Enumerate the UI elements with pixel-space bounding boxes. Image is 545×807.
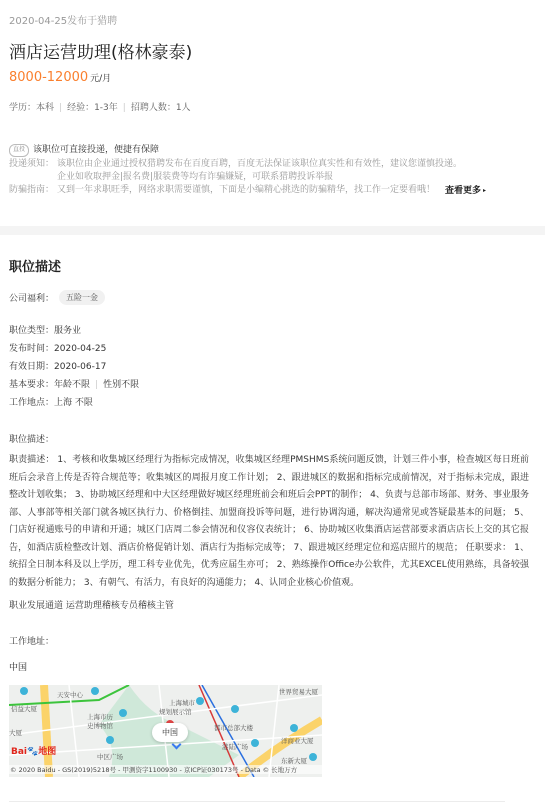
paw-icon: 🐾 [27,747,38,757]
map-label: 港陆广场 [222,742,248,751]
job-title: 酒店运营助理(格林豪泰) [9,38,192,63]
salary-range: 8000-12000 [9,70,88,85]
job-requirements: 学历：本科|经验：1-3年|招聘人数：1人 [9,100,191,113]
salary: 8000-12000元/月 [9,70,111,85]
fraud-text: 又到一年求职旺季，网络求职需要谨慎，下面是小编精心挑选的防骗精华，找工作一定要看… [57,184,435,198]
direct-apply-badge: 直投 [9,144,29,157]
map-copyright: © 2020 Baidu - GS(2019)5218号 - 甲测资字11009… [9,765,322,774]
map-label: 上海城市 [169,698,195,707]
experience-req: 经验：1-3年 [67,103,118,113]
divider: | [95,380,98,390]
description-label: 职位描述： [9,432,54,445]
address-label: 工作地址： [9,634,54,647]
map-label: 天安中心 [57,690,83,699]
bottom-divider [9,801,505,802]
address-value: 中国 [9,660,27,673]
delivery-notice-row: 投递须知： 该职位由企业通过授权猎聘发布在百度百聘，百度无法保证该职位真实性和有… [9,158,486,171]
career-path: 职业发展通道 运营助理稽核专员稽核主管 [9,598,174,611]
map-label: 史博物馆 [87,721,113,730]
delivery-text-1: 该职位由企业通过授权猎聘发布在百度百聘，百度无法保证该职位真实性和有效性，建议您… [57,158,462,171]
benefits-label: 公司福利： [9,291,54,304]
location-map[interactable]: 天安中心 上海城市 规划展示馆 上海市历 史博物馆 都市总部大楼 港陆广场 中区… [9,685,322,777]
publish-info: 2020-04-25发布于猎聘 [9,12,117,27]
fraud-label: 防骗指南： [9,184,57,198]
direct-apply-row: 直投该职位可直接投递，便捷有保障 [9,144,486,157]
divider: | [59,103,62,113]
map-label: 上海市历 [87,712,113,721]
caret-right-icon: ▸ [483,187,486,194]
fraud-guide-row: 防骗指南： 又到一年求职旺季，网络求职需要谨慎，下面是小编精心挑选的防骗精华，找… [9,184,486,198]
map-label: 大厦 [9,728,22,737]
description-text: 职责描述： 1、考核和收集城区经理行为指标完成情况，收集城区经理PMSHMS系统… [9,452,529,592]
delivery-text-2: 企业如收取押金|报名费|服装费等均有诈骗嫌疑，可联系猎聘投诉举报 [57,171,333,184]
baidu-map-logo: Bai🐾地图 [11,744,56,757]
education-req: 学历：本科 [9,103,54,113]
map-pin-label[interactable]: 中国 [152,723,188,742]
info-row-location: 工作地点：上海 不限 [9,394,139,412]
headcount-req: 招聘人数：1人 [131,103,191,113]
delivery-notice-row-2: 企业如收取押金|报名费|服装费等均有诈骗嫌疑，可联系猎聘投诉举报 [9,171,486,184]
benefit-tag: 五险一金 [59,290,105,305]
map-label: 信益大厦 [11,704,37,713]
map-label: 规划展示馆 [159,707,192,716]
info-row-publish-date: 发布时间：2020-04-25 [9,340,139,358]
info-row-job-type: 职位类型：服务业 [9,322,139,340]
section-title-job-description: 职位描述 [9,256,61,275]
job-info-list: 职位类型：服务业 发布时间：2020-04-25 有效日期：2020-06-17… [9,322,139,412]
view-more-link[interactable]: 查看更多▸ [445,184,486,198]
delivery-label: 投递须知： [9,158,57,171]
salary-unit: 元/月 [90,74,111,84]
divider: | [123,103,126,113]
map-label: 世界贸易大厦 [279,687,318,696]
info-row-basic-req: 基本要求：年龄不限|性别不限 [9,376,139,394]
map-label: 洋商业大厦 [281,736,314,745]
map-label: 都市总部大楼 [214,723,253,732]
direct-apply-text: 该职位可直接投递，便捷有保障 [33,144,159,157]
company-benefits: 公司福利： 五险一金 [9,290,105,305]
section-divider [0,226,545,235]
map-label: 中区广场 [97,752,123,761]
delivery-notice: 直投该职位可直接投递，便捷有保障 投递须知： 该职位由企业通过授权猎聘发布在百度… [9,144,486,198]
map-label: 东新大厦 [281,756,307,765]
info-row-valid-date: 有效日期：2020-06-17 [9,358,139,376]
